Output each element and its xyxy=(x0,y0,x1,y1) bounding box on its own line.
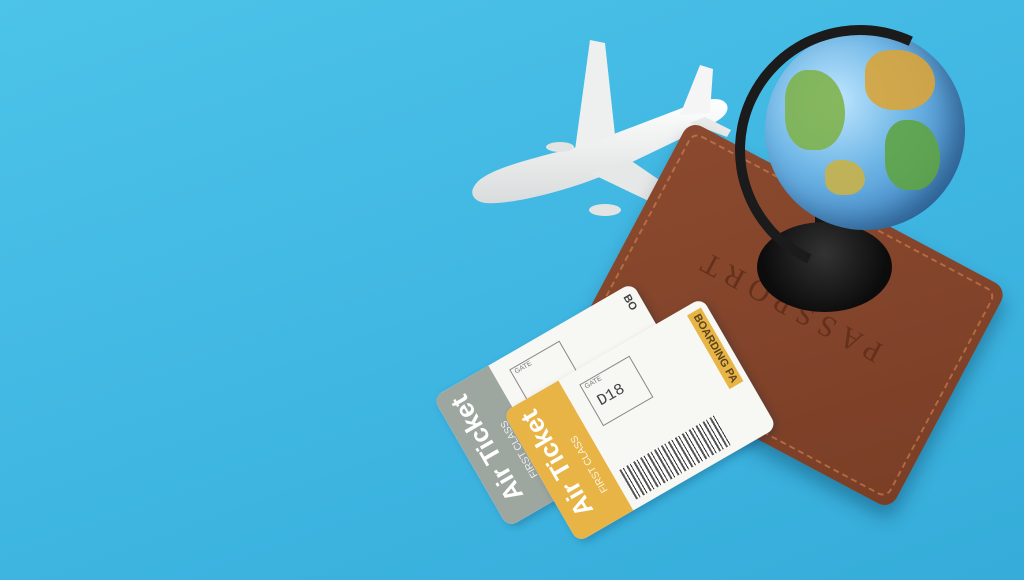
ticket-footer: BO xyxy=(621,292,640,312)
photo-scene: PASSPORT Air Ticket FIRST CLASS GATE BO … xyxy=(0,0,1024,580)
barcode xyxy=(619,415,731,499)
